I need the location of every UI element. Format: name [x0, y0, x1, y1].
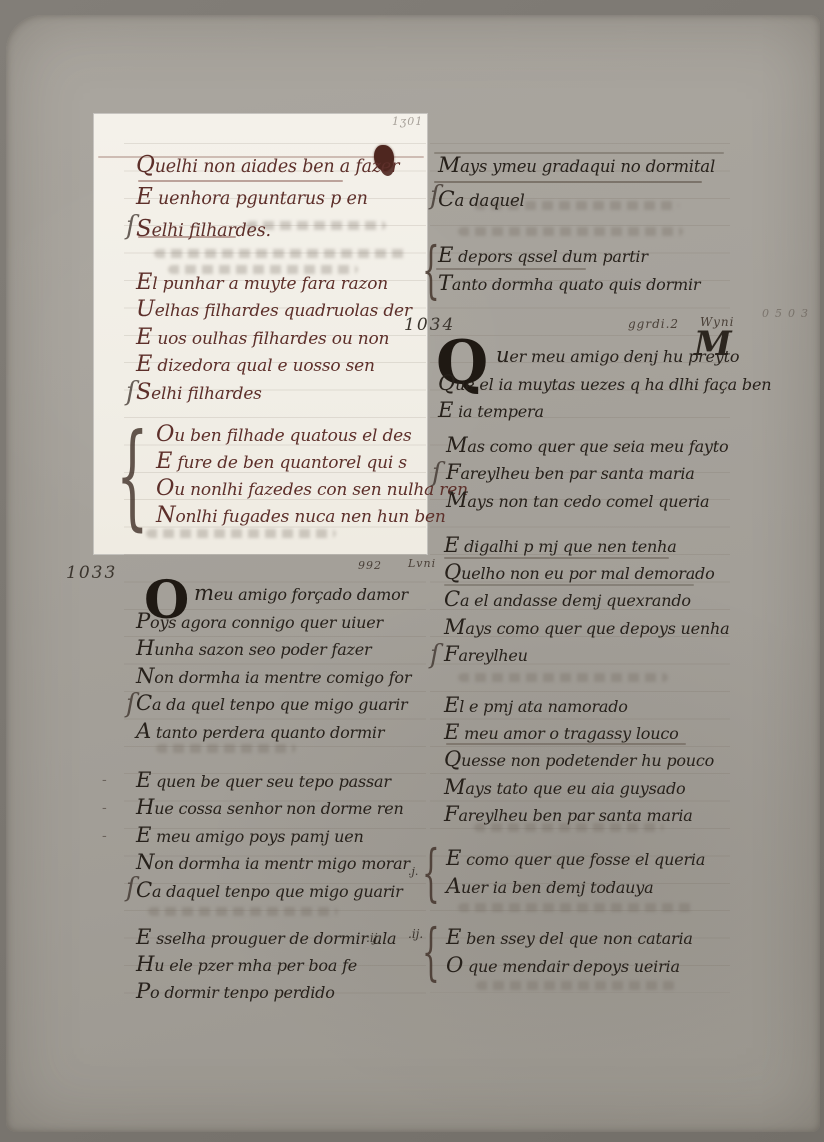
verse-line: Ca da quel tenpo que migo guarir [136, 689, 411, 717]
verse-line: E dizedora qual e uosso sen [136, 351, 412, 378]
folio-note: 1ʒ01 [392, 115, 423, 128]
verse-line: Nonlhi fugades nuca nen hun ben [156, 502, 468, 529]
verse-line: E quen be quer seu tepo passar [136, 766, 410, 793]
stanza-brace-icon: { [422, 842, 440, 904]
stanza: Mas como quer que seia meu faytoFareylhe… [446, 431, 728, 513]
line-hook-icon: ſ [126, 213, 136, 239]
verse-line: Fareylheu ben par santa maria [446, 458, 728, 485]
verse-line: E meu amor o tragassy louco [444, 718, 714, 745]
verse-line: El e pmj ata namorado [444, 691, 714, 718]
stanza: Ou ben filhade quatous el desE fure de b… [156, 421, 468, 529]
verse-line: Mays ymeu gradaqui no dormital [438, 149, 715, 183]
verse-line: Fareylheu [444, 640, 729, 667]
verse-line: E sselha prouguer de dormir ala [136, 923, 396, 950]
bleedthrough-smear [154, 249, 406, 258]
stanza: E como quer que fosse el queriaAuer ia b… [446, 844, 705, 899]
stanza: El punhar a muyte fara razonUelhas filha… [136, 269, 412, 406]
verse-line: Non dormha ia mentr migo morar [136, 848, 410, 875]
verse-line: Ou nonlhi fazedes con sen nulha ren [156, 475, 468, 502]
verse-line: Ou ben filhade quatous el des [156, 421, 468, 448]
line-hook-icon: ſ [126, 379, 136, 405]
stanza: Mays ymeu gradaqui no dormitalCa daquel [438, 149, 715, 217]
verse-line: Hunha sazon seo poder fazer [136, 634, 411, 662]
verse-line: E meu amigo poys pamj uen [136, 821, 410, 848]
stanza: E digalhi p mj que nen tenhaQuelho non e… [444, 531, 729, 667]
verse-line: Selhi filhardes. [136, 213, 399, 245]
stanza: uer meu amigo denj hu preytoQue el ia mu… [438, 341, 771, 424]
verse-line: Po dormir tenpo perdido [136, 977, 396, 1004]
colocci-annotation: Lvni [408, 557, 436, 570]
verse-line: Auer ia ben demj todauya [446, 872, 705, 900]
verse-line: Fareylheu ben par santa maria [444, 800, 714, 827]
stanza: E quen be quer seu tepo passarHue cossa … [136, 766, 410, 903]
verse-line: Quelho non eu por mal demorado [444, 558, 729, 585]
bleedthrough-smear [458, 903, 693, 912]
verse-line: E uenhora pguntarus p en [136, 181, 399, 213]
verse-line: E ben ssey del que non cataria [446, 923, 693, 951]
verse-line: Uelhas filhardes quadruolas der [136, 296, 412, 323]
stanza-number-mark: .ij. [408, 927, 423, 941]
stanza-brace-icon: { [116, 419, 149, 533]
bleedthrough-smear [476, 981, 676, 990]
manuscript-scan: { "page": { "folio_note": "1ʒ01" }, "mar… [0, 0, 824, 1142]
margin-number-1033: 1033 [66, 563, 117, 583]
stanza: Quelhi non aiades ben a fazerE uenhora p… [136, 149, 399, 245]
faint-bleed-number: 0503 [762, 307, 814, 320]
verse-line: Selhi filhardes [136, 379, 412, 406]
verse-line: A tanto perdera quanto dormir [136, 717, 411, 745]
verse-line: E ia tempera [438, 396, 771, 424]
stanza: E ben ssey del que non catariaO que mend… [446, 923, 693, 978]
verse-line: Ca daquel [438, 183, 715, 217]
verse-line: E como quer que fosse el queria [446, 844, 705, 872]
bleedthrough-smear [146, 529, 336, 538]
verse-line: Quesse non podetender hu pouco [444, 745, 714, 772]
parchment-page: 1ʒ01 1033 1034 992 Lvni ggrdi.2 Wyni 050… [6, 15, 820, 1132]
line-hook-icon: ſ [126, 875, 136, 901]
bleedthrough-smear [458, 227, 683, 236]
bleedthrough-smear [148, 907, 338, 916]
stanza: E sselha prouguer de dormir alaHu ele pz… [136, 923, 396, 1004]
verse-line: O que mendair depoys ueiria [446, 951, 693, 979]
verse-line: Non dormha ia mentre comigo for [136, 662, 411, 690]
verse-line: Mays non tan cedo comel queria [446, 486, 728, 513]
verse-line: Ca el andasse demj quexrando [444, 585, 729, 612]
verse-line: Mays como quer que depoys uenha [444, 613, 729, 640]
verse-line: meu amigo forçado damor [136, 579, 411, 607]
verse-line: E uos oulhas filhardes ou non [136, 324, 412, 351]
bleedthrough-smear [458, 673, 668, 682]
verse-line: Que el ia muytas uezes q ha dlhi faça be… [438, 369, 771, 397]
verse-line: uer meu amigo denj hu preyto [438, 341, 771, 369]
verse-line: E fure de ben quantorel qui s [156, 448, 468, 475]
margin-tick: - [102, 801, 107, 815]
bleedthrough-smear [156, 744, 296, 753]
line-hook-icon: ſ [126, 691, 136, 717]
stanza: El e pmj ata namoradoE meu amor o tragas… [444, 691, 714, 827]
colocci-annotation: 992 [358, 559, 382, 572]
stanza: meu amigo forçado damorPoys agora connig… [136, 579, 411, 745]
stanza: E depors qssel dum partirTanto dormha qu… [438, 241, 700, 296]
verse-line: E depors qssel dum partir [438, 241, 700, 269]
margin-tick: - [102, 829, 107, 843]
verse-line: Quelhi non aiades ben a fazer [136, 149, 399, 181]
line-hook-icon: ſ [430, 642, 440, 668]
verse-line: E digalhi p mj que nen tenha [444, 531, 729, 558]
verse-line: Hu ele pzer mha per boa fe [136, 950, 396, 977]
verse-line: Mas como quer que seia meu fayto [446, 431, 728, 458]
colocci-annotation: ggrdi.2 [628, 317, 679, 331]
verse-line: Poys agora connigo quer uiuer [136, 607, 411, 635]
verse-line: Ca daquel tenpo que migo guarir [136, 876, 410, 903]
margin-tick: - [102, 773, 107, 787]
verse-line: Tanto dormha quato quis dormir [438, 269, 700, 297]
verse-line: Mays tato que eu aia guysado [444, 773, 714, 800]
stanza-brace-icon: { [422, 921, 440, 983]
verse-line: El punhar a muyte fara razon [136, 269, 412, 296]
verse-line: Hue cossa senhor non dorme ren [136, 793, 410, 820]
